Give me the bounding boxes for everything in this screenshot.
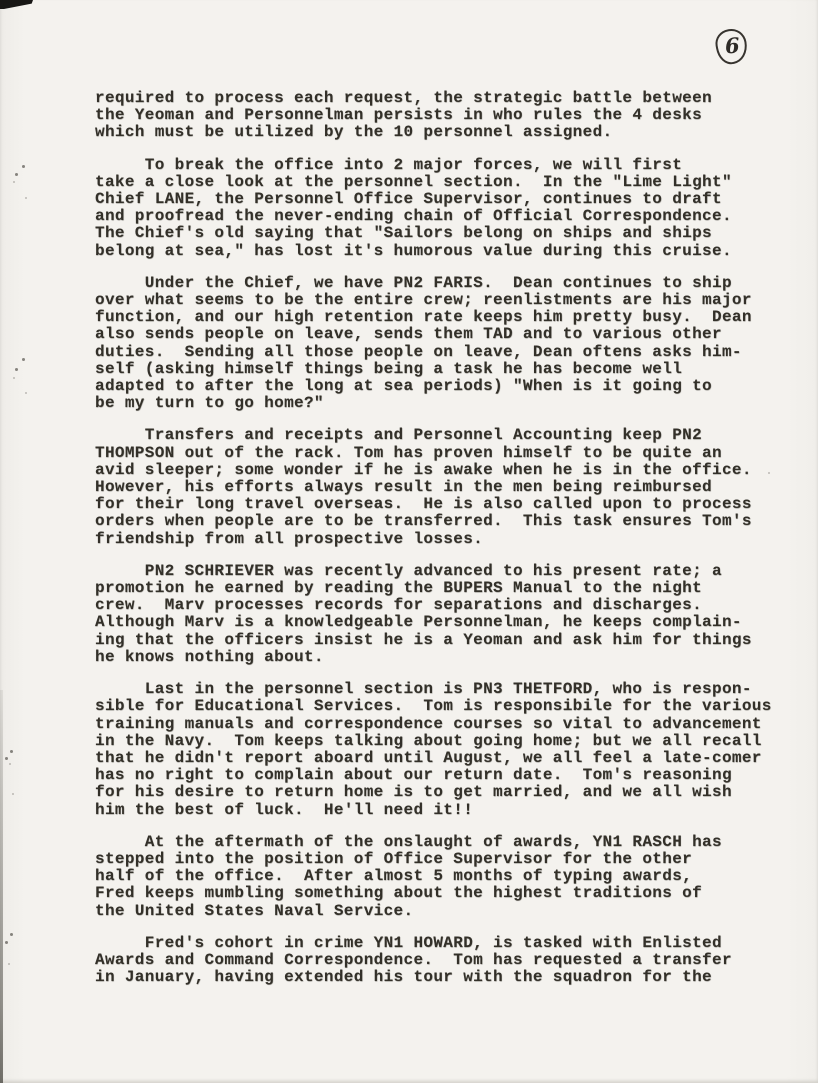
scan-speckle	[12, 793, 14, 795]
scan-speckle	[13, 377, 15, 379]
scanned-page: 6 required to process each request, the …	[0, 0, 818, 1083]
paragraph-pn2-faris: Under the Chief, we have PN2 FARIS. Dean…	[95, 275, 785, 413]
scan-speckle	[22, 358, 25, 361]
scan-speckle	[5, 757, 8, 760]
scan-speckle	[9, 763, 11, 765]
scan-speckle	[10, 933, 13, 936]
scan-speckle	[15, 173, 18, 176]
scan-speckle	[25, 392, 27, 394]
paragraph-pn2-thompson: Transfers and receipts and Personnel Acc…	[95, 427, 785, 547]
page-number: 6	[724, 32, 740, 58]
scan-speckle	[25, 197, 27, 199]
paragraph-continuation: required to process each request, the st…	[95, 90, 785, 142]
scan-corner-artifact	[0, 0, 33, 9]
scan-edge-artifact	[0, 690, 3, 1083]
paragraph-chief-lane: To break the office into 2 major forces,…	[95, 157, 785, 260]
scan-speckle	[8, 963, 10, 965]
scan-speckle	[15, 368, 18, 371]
paragraph-pn3-thetford: Last in the personnel section is PN3 THE…	[95, 681, 785, 819]
scan-speckle	[13, 181, 15, 183]
document-body: required to process each request, the st…	[95, 90, 785, 1001]
scan-speckle	[22, 165, 25, 168]
scan-speckle	[5, 941, 8, 944]
scan-speckle	[10, 750, 13, 753]
paragraph-yn1-rasch: At the aftermath of the onslaught of awa…	[95, 834, 785, 920]
paragraph-pn2-schriever: PN2 SCHRIEVER was recently advanced to h…	[95, 563, 785, 666]
paragraph-yn1-howard: Fred's cohort in crime YN1 HOWARD, is ta…	[95, 935, 785, 987]
page-number-circle: 6	[713, 27, 750, 67]
